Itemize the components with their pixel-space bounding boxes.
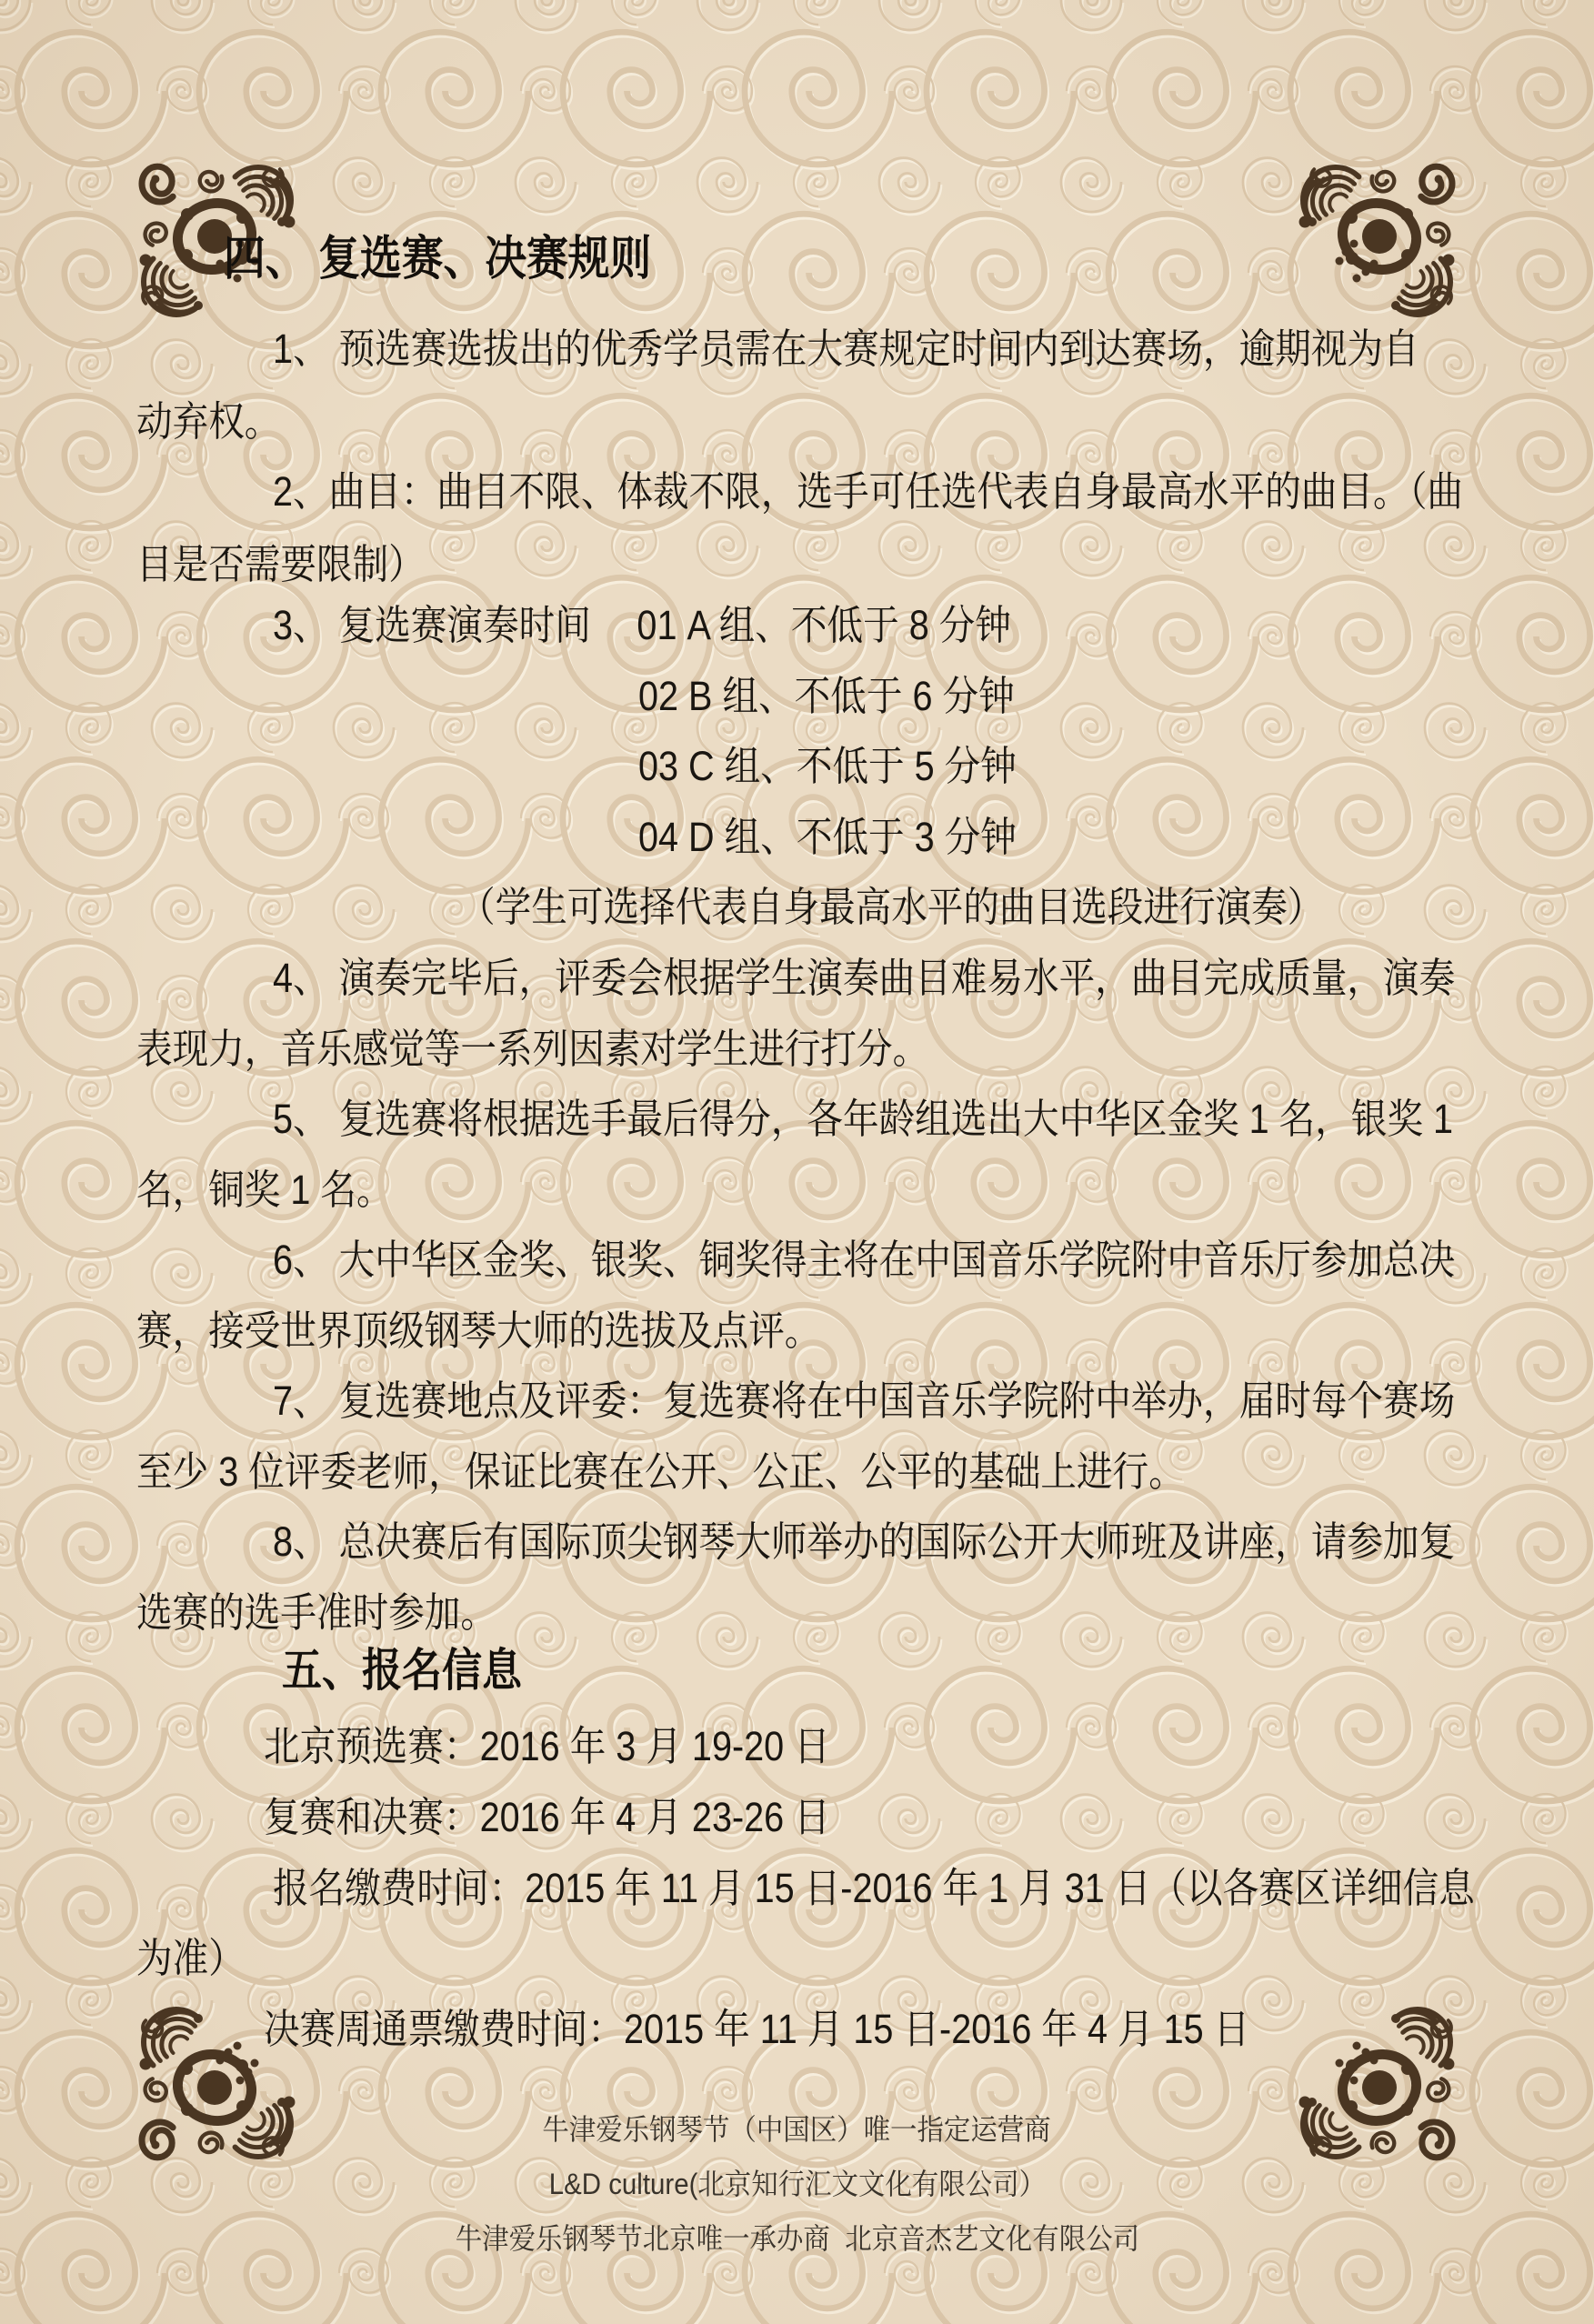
section-heading-rules: 四、 复选赛、决赛规则 [136, 218, 1551, 289]
rule-line-17: 至少 3 位评委老师，保证比赛在公开、公正、公平的基础上进行。 [136, 1432, 1464, 1503]
signup-line-1: 北京预选赛：2016 年 3 月 19-20 日 [136, 1707, 1591, 1778]
line-text: 03 C 组、不低于 5 分钟 [638, 733, 1017, 792]
line-text: 3、 复选赛演奏时间 01 A 组、不低于 8 分钟 [273, 592, 1011, 651]
rule-line-14: 6、 大中华区金奖、银奖、铜奖得主将在中国音乐学院附中音乐厅参加总决 [136, 1220, 1594, 1291]
rule-line-18: 8、 总决赛后有国际顶尖钢琴大师举办的国际公开大师班及讲座，请参加复 [136, 1502, 1594, 1573]
footer-line-2: L&D culture(北京知行汇文文化有限公司） [0, 2162, 1594, 2202]
line-text: 牛津爱乐钢琴节（中国区）唯一指定运营商 [543, 2107, 1051, 2149]
rule-line-16: 7、 复选赛地点及评委：复选赛将在中国音乐学院附中举办，届时每个赛场 [136, 1361, 1594, 1432]
section-heading-signup: 五、报名信息 [136, 1631, 1594, 1702]
line-text: 表现力，音乐感觉等一系列因素对学生进行打分。 [136, 1016, 928, 1075]
line-text: 目是否需要限制） [136, 531, 425, 590]
line-text: L&D culture(北京知行汇文文化有限公司） [548, 2161, 1045, 2203]
line-text: 复赛和决赛：2016 年 4 月 23-26 日 [264, 1784, 830, 1843]
rule-line-13: 名，铜奖 1 名。 [136, 1150, 1464, 1221]
line-text: 动弃权。 [136, 388, 280, 447]
signup-line-5: 决赛周通票缴费时间：2015 年 11 月 15 日-2016 年 4 月 15… [136, 1989, 1591, 2060]
rule-line-10: 4、 演奏完毕后，评委会根据学生演奏曲目难易水平，曲目完成质量，演奏 [136, 938, 1594, 1009]
poster-page: 四、 复选赛、决赛规则 1、 预选赛选拔出的优秀学员需在大赛规定时间内到达赛场，… [0, 0, 1594, 2324]
rule-line-15: 赛，接受世界顶级钢琴大师的选拔及点评。 [136, 1291, 1464, 1362]
rule-line-12: 5、 复选赛将根据选手最后得分，各年龄组选出大中华区金奖 1 名，银奖 1 [136, 1079, 1594, 1150]
line-text: 4、 演奏完毕后，评委会根据学生演奏曲目难易水平，曲目完成质量，演奏 [273, 945, 1455, 1004]
rule-line-1: 1、 预选赛选拔出的优秀学员需在大赛规定时间内到达赛场，逾期视为自 [136, 309, 1594, 380]
line-text: 04 D 组、不低于 3 分钟 [638, 804, 1017, 863]
line-text: 为准） [136, 1925, 245, 1984]
rule-line-8: 04 D 组、不低于 3 分钟 [136, 797, 1594, 868]
line-text: 决赛周通票缴费时间：2015 年 11 月 15 日-2016 年 4 月 15… [264, 1996, 1249, 2055]
footer-line-3: 牛津爱乐钢琴节北京唯一承办商 北京音杰艺文化有限公司 [0, 2217, 1594, 2257]
line-text: 赛，接受世界顶级钢琴大师的选拔及点评。 [136, 1297, 820, 1357]
footer-line-1: 牛津爱乐钢琴节（中国区）唯一指定运营商 [0, 2108, 1594, 2148]
line-text: 至少 3 位评委老师，保证比赛在公开、公正、公平的基础上进行。 [136, 1438, 1185, 1498]
signup-line-2: 复赛和决赛：2016 年 4 月 23-26 日 [136, 1778, 1591, 1848]
line-text: 02 B 组、不低于 6 分钟 [638, 663, 1015, 722]
line-text: 报名缴费时间：2015 年 11 月 15 日-2016 年 1 月 31 日（… [273, 1855, 1475, 1914]
signup-line-3: 报名缴费时间：2015 年 11 月 15 日-2016 年 1 月 31 日（… [136, 1848, 1594, 1919]
rule-line-7: 03 C 组、不低于 5 分钟 [136, 726, 1594, 797]
line-text: 5、 复选赛将根据选手最后得分，各年龄组选出大中华区金奖 1 名，银奖 1 [273, 1086, 1453, 1145]
document-text: 四、 复选赛、决赛规则 1、 预选赛选拔出的优秀学员需在大赛规定时间内到达赛场，… [0, 0, 1594, 2324]
line-text: 五、报名信息 [282, 1634, 522, 1699]
line-text: 7、 复选赛地点及评委：复选赛将在中国音乐学院附中举办，届时每个赛场 [273, 1367, 1455, 1427]
line-text: 选赛的选手准时参加。 [136, 1579, 496, 1638]
line-text: 四、 复选赛、决赛规则 [224, 220, 651, 288]
line-text: 6、 大中华区金奖、银奖、铜奖得主将在中国音乐学院附中音乐厅参加总决 [273, 1227, 1455, 1286]
line-text: 北京预选赛：2016 年 3 月 19-20 日 [264, 1713, 830, 1772]
rule-line-5: 3、 复选赛演奏时间 01 A 组、不低于 8 分钟 [136, 586, 1594, 656]
line-text: 8、 总决赛后有国际顶尖钢琴大师举办的国际公开大师班及讲座，请参加复 [273, 1508, 1455, 1568]
line-text: 牛津爱乐钢琴节北京唯一承办商 北京音杰艺文化有限公司 [455, 2216, 1138, 2258]
rule-line-6: 02 B 组、不低于 6 分钟 [136, 656, 1594, 727]
rule-line-9: （学生可选择代表自身最高水平的曲目选段进行演奏） [136, 867, 1594, 938]
line-text: 名，铜奖 1 名。 [136, 1157, 393, 1216]
rule-line-3: 2、曲目：曲目不限、体裁不限，选手可任选代表自身最高水平的曲目。（曲 [136, 452, 1594, 523]
line-text: （学生可选择代表自身最高水平的曲目选段进行演奏） [459, 874, 1323, 933]
signup-line-4: 为准） [136, 1918, 1464, 1989]
line-text: 2、曲目：曲目不限、体裁不限，选手可任选代表自身最高水平的曲目。（曲 [273, 458, 1463, 517]
rule-line-2: 动弃权。 [136, 382, 1464, 453]
line-text: 1、 预选赛选拔出的优秀学员需在大赛规定时间内到达赛场，逾期视为自 [273, 316, 1419, 375]
rule-line-11: 表现力，音乐感觉等一系列因素对学生进行打分。 [136, 1009, 1464, 1080]
